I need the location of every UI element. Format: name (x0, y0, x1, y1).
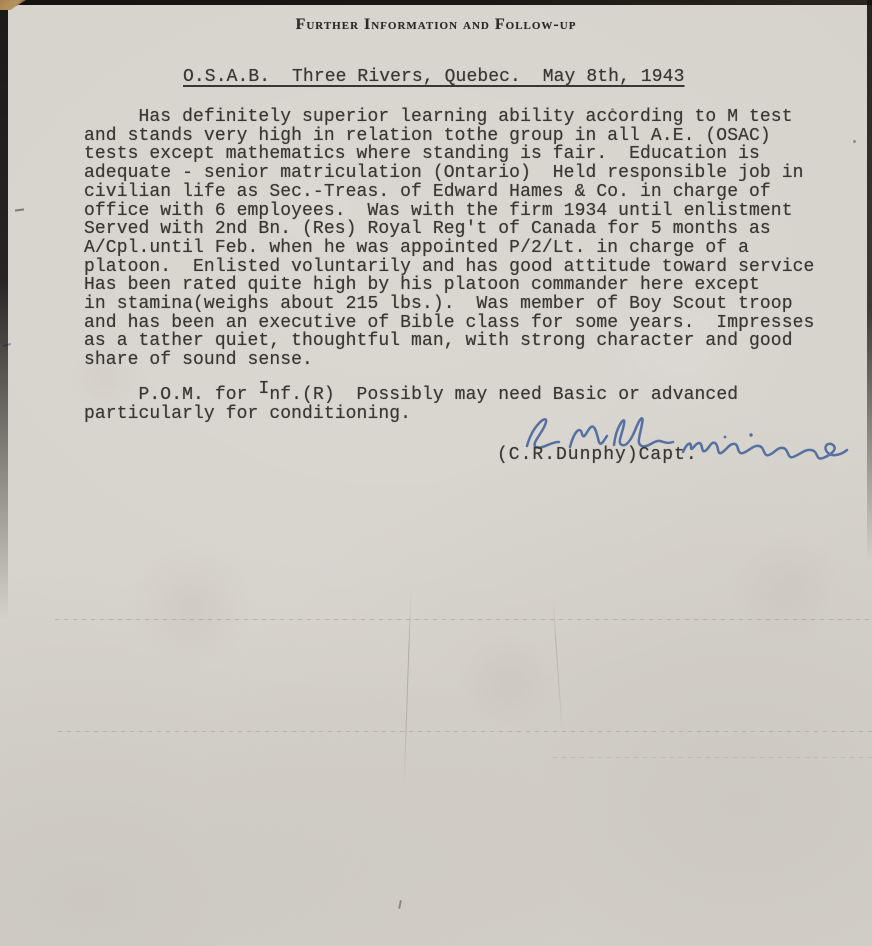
section-header: Further Information and Follow-up (0, 16, 872, 34)
scan-edge-top (0, 0, 872, 5)
paper-wrinkle (404, 590, 412, 785)
fold-crease-line (553, 757, 872, 758)
document-title: O.S.A.B. Three Rivers, Quebec. May 8th, … (183, 68, 684, 87)
stray-pencil-mark (15, 208, 24, 211)
assessment-paragraph: Has definitely superior learning ability… (84, 108, 814, 370)
fold-crease-line (55, 619, 872, 620)
scan-edge-right (867, 0, 872, 560)
scan-edge-left (0, 0, 8, 620)
typed-signature: (C.R.Dunphy)Capt. (497, 446, 698, 465)
recommendation-paragraph: P.O.M. for Inf.(R) Possibly may need Bas… (84, 386, 738, 423)
raised-typewriter-character: I (258, 379, 269, 399)
stray-dot (853, 140, 856, 143)
fold-crease-line (58, 731, 872, 732)
stray-ink-mark (398, 900, 402, 909)
torn-corner (0, 0, 26, 10)
scanned-document-page: Further Information and Follow-up O.S.A.… (0, 0, 872, 946)
recommendation-text-prefix: P.O.M. for (84, 385, 258, 405)
paper-wrinkle (552, 600, 562, 730)
